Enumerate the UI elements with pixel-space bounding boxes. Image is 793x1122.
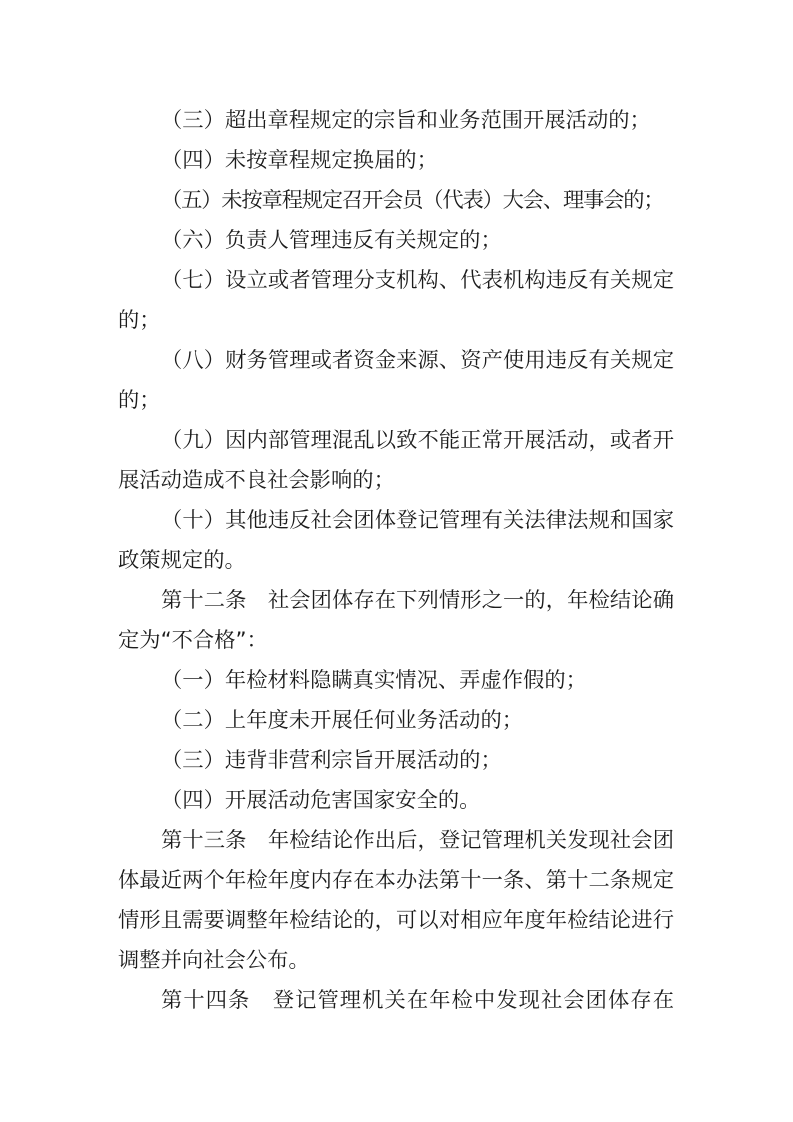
article-13-heading: 第十三条 年检结论作出后，登记管理机关发现社会团 [118,821,674,861]
document-body: （三）超出章程规定的宗旨和业务范围开展活动的； （四）未按章程规定换届的； （五… [118,101,674,1021]
article-14-heading: 第十四条 登记管理机关在年检中发现社会团体存在 [118,981,674,1021]
article-13-line-2: 体最近两个年检年度内存在本办法第十一条、第十二条规定 [118,861,674,901]
article-12-continuation: 定为“不合格”： [118,621,674,661]
article-12-item-1: （一）年检材料隐瞒真实情况、弄虚作假的； [118,661,674,701]
list-item-4-no-election: （四）未按章程规定换届的； [118,141,674,181]
article-12-item-2: （二）上年度未开展任何业务活动的； [118,701,674,741]
document-page: （三）超出章程规定的宗旨和业务范围开展活动的； （四）未按章程规定换届的； （五… [0,0,793,1122]
article-12-heading: 第十二条 社会团体存在下列情形之一的，年检结论确 [118,581,674,621]
list-item-10-other-violation: （十）其他违反社会团体登记管理有关法律法规和国家 [118,501,674,541]
list-item-8-continuation: 的； [118,381,674,421]
article-13-line-4: 调整并向社会公布。 [118,941,674,981]
list-item-6-leader-violation: （六）负责人管理违反有关规定的； [118,221,674,261]
list-item-7-continuation: 的； [118,301,674,341]
list-item-5-no-assembly: （五）未按章程规定召开会员（代表）大会、理事会的； [118,181,674,221]
list-item-3-exceed-scope: （三）超出章程规定的宗旨和业务范围开展活动的； [118,101,674,141]
list-item-8-finance-violation: （八）财务管理或者资金来源、资产使用违反有关规定 [118,341,674,381]
article-12-item-3: （三）违背非营利宗旨开展活动的； [118,741,674,781]
list-item-9-internal-chaos: （九）因内部管理混乱以致不能正常开展活动，或者开 [118,421,674,461]
list-item-7-branch-violation: （七）设立或者管理分支机构、代表机构违反有关规定 [118,261,674,301]
article-12-item-4: （四）开展活动危害国家安全的。 [118,781,674,821]
article-13-line-3: 情形且需要调整年检结论的，可以对相应年度年检结论进行 [118,901,674,941]
list-item-9-continuation: 展活动造成不良社会影响的； [118,461,674,501]
list-item-10-continuation: 政策规定的。 [118,541,674,581]
